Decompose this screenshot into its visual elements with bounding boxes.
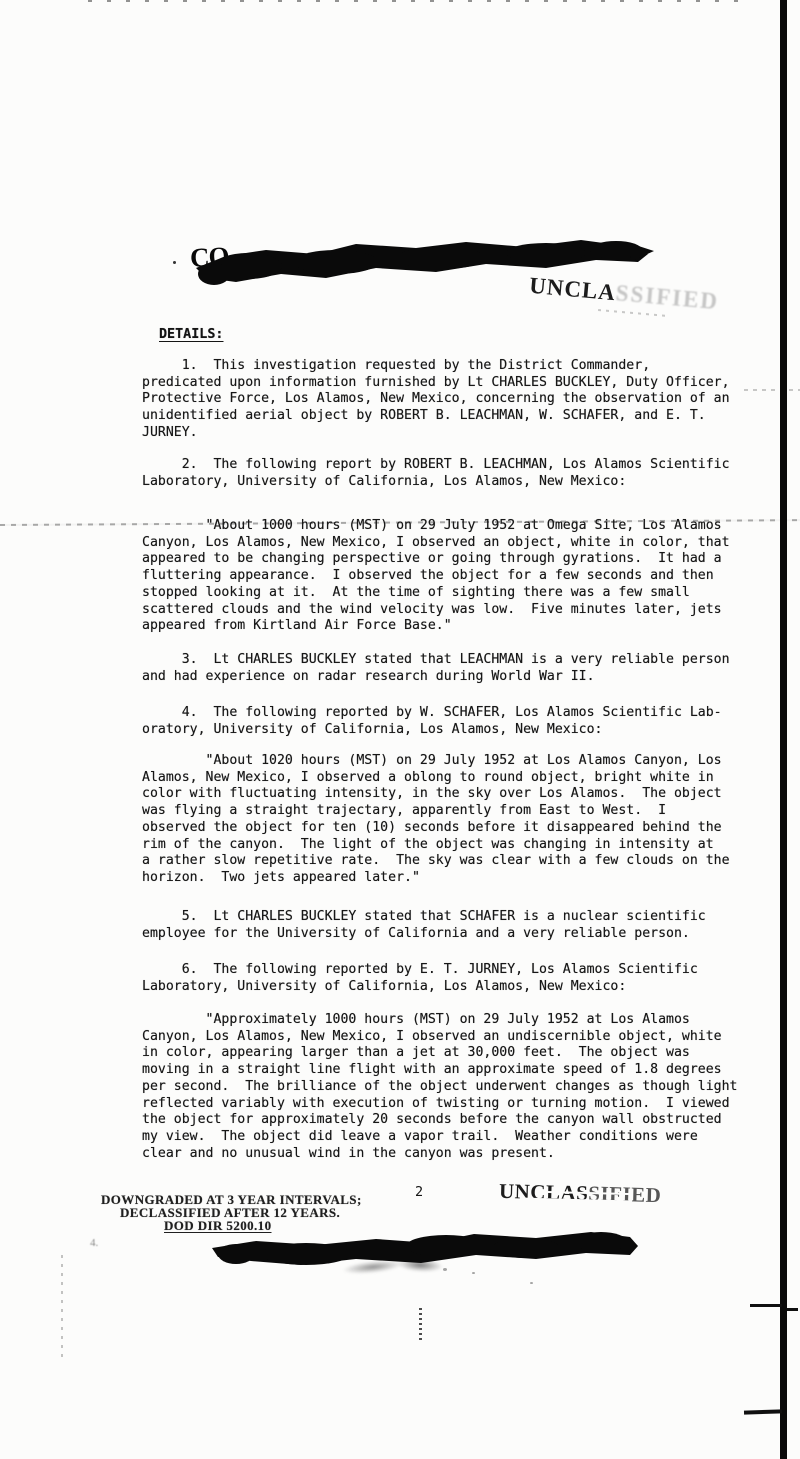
redaction-bar-bottom (206, 1228, 646, 1273)
paragraph-5: 5. Lt CHARLES BUCKLEY stated that SCHAFE… (142, 909, 706, 942)
vertical-dot-mark (419, 1306, 422, 1340)
redaction-bar-bottom-shape (206, 1228, 646, 1273)
stamp-smudge (598, 309, 668, 317)
page-number: 2 (415, 1184, 423, 1200)
scan-top-edge-artifact (88, 0, 738, 2)
ink-speck (530, 1282, 533, 1284)
redaction-bar-top (186, 234, 656, 294)
redaction-bar-top-shape (186, 234, 656, 294)
scan-left-edge-artifact (61, 1252, 63, 1357)
ink-speck (173, 261, 176, 264)
scan-edge-tick (787, 1308, 798, 1311)
paragraph-6: 6. The following reported by E. T. JURNE… (142, 962, 698, 995)
paragraph-2: 2. The following report by ROBERT B. LEA… (142, 457, 730, 490)
paragraph-4: 4. The following reported by W. SCHAFER,… (142, 705, 722, 738)
details-heading: DETAILS: (159, 327, 224, 342)
paragraph-1: 1. This investigation requested by the D… (142, 358, 730, 442)
quote-jurney: "Approximately 1000 hours (MST) on 29 Ju… (142, 1012, 737, 1162)
quote-leachman: "About 1000 hours (MST) on 29 July 1952 … (142, 518, 730, 635)
margin-mark: 4. (90, 1237, 98, 1249)
scan-edge-tick (744, 1409, 782, 1414)
quote-schafer: "About 1020 hours (MST) on 29 July 1952 … (142, 753, 730, 887)
scan-edge-tick (750, 1304, 782, 1307)
fold-crease-fragment (744, 389, 800, 391)
paragraph-3: 3. Lt CHARLES BUCKLEY stated that LEACHM… (142, 652, 730, 685)
scan-right-edge-line (780, 0, 787, 1459)
